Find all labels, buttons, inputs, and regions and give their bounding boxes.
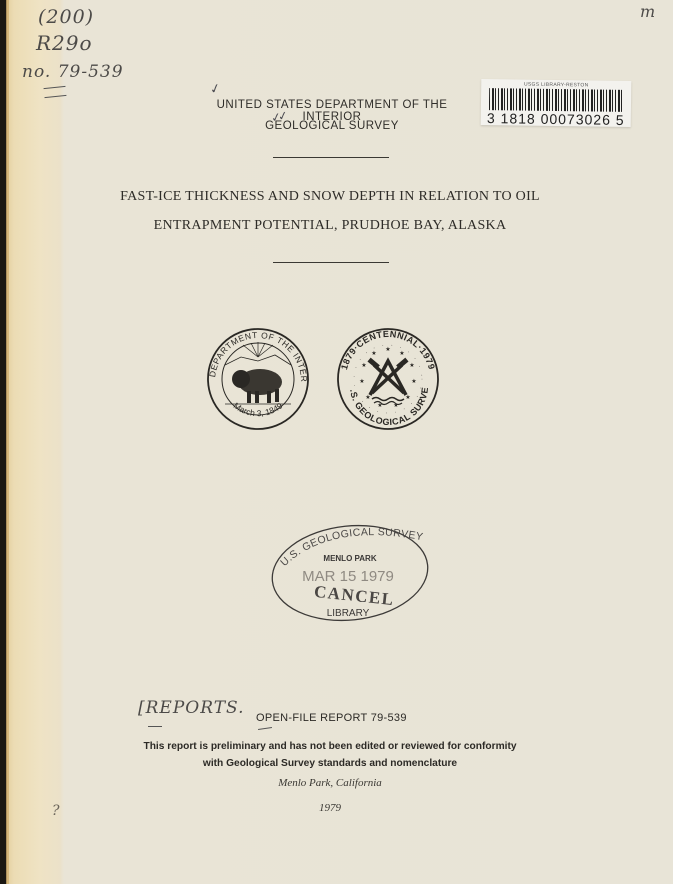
handwritten-report-no: no. 79-539 — [22, 62, 124, 82]
interior-seal-icon: U.S. DEPARTMENT OF THE INTERIOR March 3,… — [203, 327, 313, 431]
divider — [273, 262, 389, 263]
report-title-line-1: FAST-ICE THICKNESS AND SNOW DEPTH IN REL… — [100, 189, 560, 205]
handwritten-double-underline — [44, 86, 67, 98]
svg-text:★: ★ — [399, 350, 404, 357]
disclaimer-line-1: This report is preliminary and has not b… — [120, 741, 540, 752]
svg-text:March 3, 1849: March 3, 1849 — [232, 400, 285, 418]
svg-text:★: ★ — [385, 346, 390, 353]
library-stamp: U.S. GEOLOGICAL SURVEY MENLO PARK MAR 15… — [268, 521, 432, 625]
handwritten-mark — [258, 727, 272, 730]
open-file-report-number: OPEN-FILE REPORT 79-539 — [256, 712, 407, 724]
svg-text:★: ★ — [365, 394, 370, 401]
document-page: (200) R29o no. 79-539 m ? USGS LIBRARY-R… — [0, 0, 673, 884]
barcode-icon — [489, 88, 623, 112]
report-title-line-2: ENTRAPMENT POTENTIAL, PRUDHOE BAY, ALASK… — [100, 218, 560, 234]
svg-text:★: ★ — [393, 402, 398, 409]
handwritten-underline — [148, 726, 162, 727]
svg-text:★: ★ — [371, 350, 376, 357]
interior-seal-date: March 3, 1849 — [232, 400, 285, 418]
agency-bureau: GEOLOGICAL SURVEY — [196, 120, 468, 132]
svg-text:★: ★ — [361, 362, 366, 369]
svg-text:★: ★ — [409, 362, 414, 369]
binding-edge — [6, 0, 9, 884]
svg-text:★: ★ — [411, 378, 416, 385]
stamp-cancel: CANCEL — [313, 582, 395, 609]
checkmark-icon: ✓ — [208, 81, 222, 98]
divider — [273, 157, 389, 158]
barcode-number: 3 1818 00073026 5 — [481, 110, 631, 128]
publication-year: 1979 — [280, 802, 380, 814]
handwritten-call-number-1: (200) — [38, 6, 94, 28]
svg-text:★: ★ — [405, 394, 410, 401]
barcode-label: USGS LIBRARY-RESTON 3 1818 00073026 5 — [481, 79, 632, 127]
usgs-centennial-seal-icon: 1879·CENTENNIAL·1979 U.S. GEOLOGICAL SUR… — [336, 327, 440, 431]
handwritten-call-number-2: R29o — [36, 31, 93, 55]
svg-text:★: ★ — [359, 378, 364, 385]
handwritten-corner-mark: m — [640, 2, 656, 21]
handwritten-margin-mark: ? — [52, 803, 61, 819]
disclaimer-line-2: with Geological Survey standards and nom… — [120, 758, 540, 769]
stamp-library: LIBRARY — [327, 608, 370, 619]
stamp-location: MENLO PARK — [323, 554, 376, 563]
handwritten-reports-note: [REPORTS. — [138, 698, 245, 718]
publication-place: Menlo Park, California — [180, 777, 480, 789]
